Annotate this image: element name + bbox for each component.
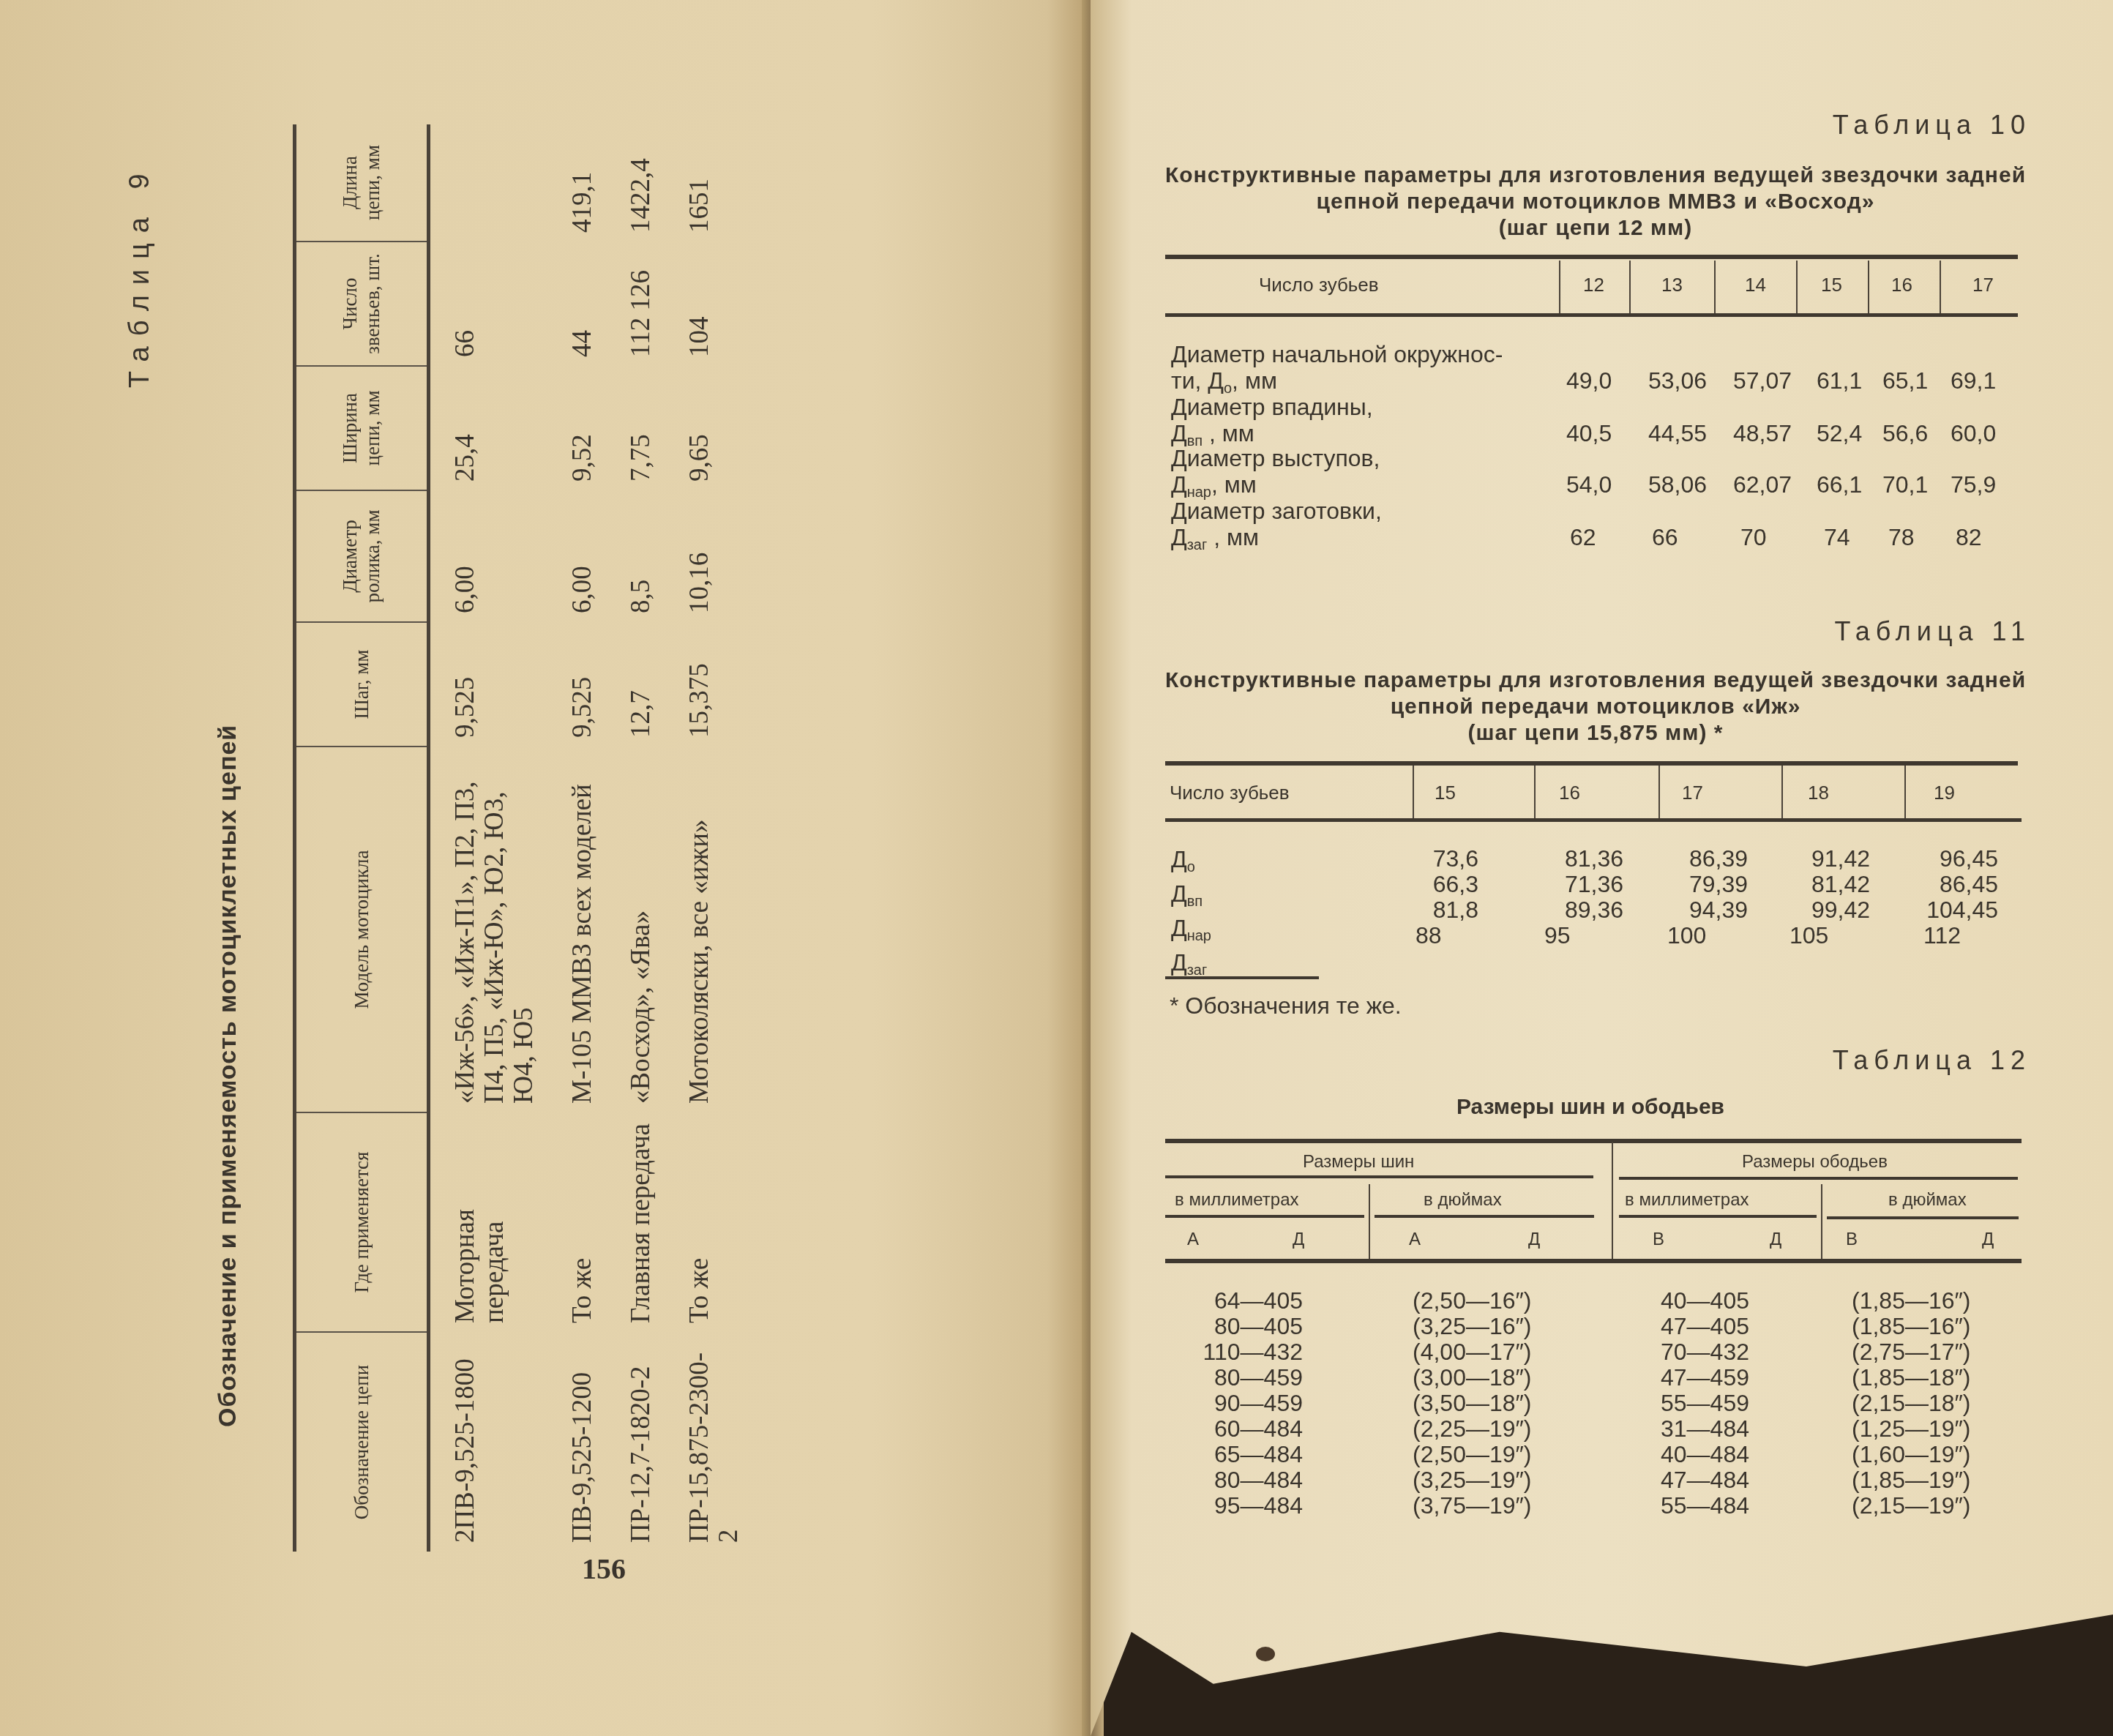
table11-subtitle: (шаг цепи 15,875 мм) * [1164,720,2027,747]
row-symbol: Двп [1171,880,1211,915]
value: 95 [1543,923,1623,949]
cell-links: 44 [547,242,606,366]
table11-col-17: 86,39 79,39 94,39 100 [1667,846,1748,949]
table11-header-rule [1165,818,2022,822]
sub-col: Д [1770,1230,1781,1250]
sym: Д [1171,915,1187,941]
rim-in-column: (1,85—16″) (1,85—16″) (2,75—17″) (1,85—1… [1852,1288,1998,1519]
table10-value: 75,9 [1951,471,1996,498]
cell-links: 112 126 [606,242,665,366]
sub-rule [1619,1177,2018,1180]
value: 95—484 [1164,1493,1303,1519]
sym: Д [1171,846,1187,872]
col-divider [1796,261,1798,313]
table10-value: 70,1 [1882,471,1928,498]
th-model: Модель мотоцикла [295,747,429,1112]
sub-rule [1165,1175,1593,1178]
table10-row-label: Диаметр выступов,Днар, мм [1171,445,1380,506]
col-divider [1781,766,1783,818]
value: 80—484 [1164,1467,1303,1493]
value: 55—459 [1618,1391,1749,1416]
value: 40—405 [1618,1288,1749,1314]
table-row: ПР-12,7-1820-2 Главная передача «Восход»… [606,124,665,1552]
table10-value: 60,0 [1951,420,1996,447]
label-line: Диаметр впадины, [1171,394,1373,420]
label-sym: Д [1171,420,1187,446]
table10-header-label: Число зубьев [1259,274,1379,296]
cell-application: Моторная передача [429,1112,548,1332]
left-page: Таблица 9 Обозначение и применяемость мо… [0,0,1091,1736]
value: 70—432 [1618,1339,1749,1365]
tooth-count: 15 [1435,782,1456,804]
value: (2,50—16″) [1413,1288,1559,1314]
col-divider [1612,1142,1613,1259]
sub-col: Д [1528,1230,1540,1250]
cell-designation: ПВ-9,525-1200 [547,1332,606,1552]
value: (4,00—17″) [1413,1339,1559,1365]
col-divider [1868,261,1869,313]
cell-width: 9,65 [665,366,752,490]
rim-mm-column: 40—405 47—405 70—432 47—459 55—459 31—48… [1618,1288,1749,1519]
table11-col-19: 96,45 86,45 104,45 112 [1910,846,1998,949]
cell-roller: 8,5 [606,490,665,622]
cell-model: «Восход», «Ява» [606,747,665,1112]
cell-application: Главная передача [606,1112,665,1332]
cell-roller: 6,00 [547,490,606,622]
table11-title: Конструктивные параметры для изготовлени… [1164,667,2027,747]
value: (2,50—19″) [1413,1442,1559,1467]
table10-value: 62 [1570,524,1596,551]
unit-in-tires: в дюймах [1424,1190,1502,1211]
label-line: Диаметр выступов, [1171,445,1380,471]
table10-label: Таблица 10 [1833,110,2031,141]
table9: Обозначение цепи Где применяется Модель … [293,124,752,1552]
table12-header-rule [1165,1259,2022,1263]
value: 47—405 [1618,1314,1749,1339]
table10-value: 66,1 [1817,471,1862,498]
sub-col: В [1653,1230,1664,1250]
table10-value: 58,06 [1648,471,1707,498]
value: 66,3 [1413,872,1478,897]
cell-designation: ПР-15,875-2300-2 [665,1332,752,1552]
table11-col-18: 91,42 81,42 99,42 105 [1789,846,1870,949]
table11-header-label: Число зубьев [1170,782,1290,804]
sub-col: Д [1293,1230,1304,1250]
table10-header-rule [1165,313,2018,317]
table10-value: 54,0 [1566,471,1612,498]
table11-col-15: 73,6 66,3 81,8 88 [1413,846,1478,949]
ink-stain [1256,1647,1275,1661]
sub-col: А [1409,1230,1421,1250]
value: 80—459 [1164,1365,1303,1391]
right-page: Таблица 10 Конструктивные параметры для … [1091,0,2113,1736]
value: 64—405 [1164,1288,1303,1314]
table11-top-rule [1165,761,2018,766]
label-unit: , мм [1211,471,1257,498]
tooth-count: 14 [1745,274,1766,296]
table9-header-row: Обозначение цепи Где применяется Модель … [295,124,429,1552]
th-length: Длина цепи, мм [295,124,429,242]
value: 104,45 [1910,897,1998,923]
sub-col: А [1187,1230,1199,1250]
sub-rule [1375,1215,1594,1218]
value: (1,85—16″) [1852,1288,1998,1314]
table10-value: 53,06 [1648,367,1707,394]
th-width: Ширина цепи, мм [295,366,429,490]
tire-mm-column: 64—405 80—405 110—432 80—459 90—459 60—4… [1164,1288,1303,1519]
table11-title-text: Конструктивные параметры для изготовлени… [1164,667,2027,720]
table10-value: 48,57 [1733,420,1792,447]
cell-roller: 10,16 [665,490,752,622]
value: 81,8 [1413,897,1478,923]
label-line: Дзаг , мм [1171,524,1382,558]
table10-value: 62,07 [1733,471,1792,498]
value: (1,25—19″) [1852,1416,1998,1442]
label-sym: ти, Д [1171,367,1224,394]
value: 71,36 [1543,872,1623,897]
th-roller: Диаметр ролика, мм [295,490,429,622]
value: (3,25—19″) [1413,1467,1559,1493]
value: 88 [1413,923,1478,949]
value: 79,39 [1667,872,1748,897]
value: 105 [1789,923,1870,949]
value: 94,39 [1667,897,1748,923]
table10-value: 66 [1652,524,1678,551]
col-divider [1904,766,1906,818]
row-symbol: Днар [1171,915,1211,949]
value: 90—459 [1164,1391,1303,1416]
col-divider [1413,766,1414,818]
label-unit: , мм [1232,367,1277,394]
value: 99,42 [1789,897,1870,923]
page-number: 156 [582,1552,626,1586]
table10-value: 52,4 [1817,420,1862,447]
table10-value: 61,1 [1817,367,1862,394]
tooth-count: 19 [1934,782,1955,804]
label-sub: заг [1187,537,1208,553]
value: (3,50—18″) [1413,1391,1559,1416]
table10-value: 69,1 [1951,367,1996,394]
th-pitch: Шаг, мм [295,622,429,747]
table-row: 2ПВ-9,525-1800 Моторная передача «Иж-56»… [429,124,548,1552]
table10-value: 78 [1888,524,1915,551]
value: (2,15—18″) [1852,1391,1998,1416]
table11-row-labels: До Двп Днар Дзаг [1171,846,1211,984]
table9-rotated-block: Таблица 9 Обозначение и применяемость мо… [95,117,827,1647]
cell-links: 104 [665,242,752,366]
cell-links: 66 [429,242,548,366]
table12-label: Таблица 12 [1833,1045,2031,1076]
value: 80—405 [1164,1314,1303,1339]
value: (3,00—18″) [1413,1365,1559,1391]
col-divider [1940,261,1941,313]
table10-subtitle: (шаг цепи 12 мм) [1164,215,2027,242]
value: 96,45 [1910,846,1998,872]
value: (3,25—16″) [1413,1314,1559,1339]
sym: Д [1171,949,1187,976]
value: 60—484 [1164,1416,1303,1442]
cell-length [429,124,548,242]
value: 86,39 [1667,846,1748,872]
cell-application: То же [547,1112,606,1332]
sym: Д [1171,880,1187,907]
value: (1,60—19″) [1852,1442,1998,1467]
col-divider [1534,766,1536,818]
cell-application: То же [665,1112,752,1332]
table10-title-text: Конструктивные параметры для изготовлени… [1164,162,2027,215]
sub-col: Д [1982,1230,1994,1250]
table10-value: 49,0 [1566,367,1612,394]
group-rims: Размеры ободьев [1742,1152,1888,1172]
table9-label: Таблица 9 [124,163,156,388]
cell-designation: 2ПВ-9,525-1800 [429,1332,548,1552]
table11-col-16: 81,36 71,36 89,36 95 [1543,846,1623,949]
value: (1,85—18″) [1852,1365,1998,1391]
th-links: Число звеньев, шт. [295,242,429,366]
sub-rule [1165,1215,1364,1218]
value: (1,85—16″) [1852,1314,1998,1339]
table10-value: 70 [1740,524,1767,551]
value: 110—432 [1164,1339,1303,1365]
table10-value: 44,55 [1648,420,1707,447]
table9-title: Обозначение и применяемость мотоциклетны… [214,725,242,1427]
table-row: ПР-15,875-2300-2 То же Мотоколяски, все … [665,124,752,1552]
value: 81,36 [1543,846,1623,872]
value: (2,75—17″) [1852,1339,1998,1365]
table10-row-label: Диаметр заготовки,Дзаг , мм [1171,498,1382,558]
value: 91,42 [1789,846,1870,872]
col-divider [1369,1184,1370,1260]
col-divider [1629,261,1631,313]
col-divider [1714,261,1716,313]
col-divider [1559,261,1560,313]
unit-in-rims: в дюймах [1888,1190,1967,1211]
cell-model: «Иж-56», «Иж-П1», П2, П3, П4, П5, «Иж-Ю»… [429,747,548,1112]
table10-value: 74 [1824,524,1850,551]
sub: о [1187,859,1195,875]
th-application: Где применяется [295,1112,429,1332]
value: 55—484 [1618,1493,1749,1519]
th-designation: Обозначение цепи [295,1332,429,1552]
table12-top-rule [1165,1139,2022,1143]
tooth-count: 17 [1972,274,1994,296]
col-divider [1658,766,1660,818]
table10-value: 56,6 [1882,420,1928,447]
cell-width: 7,75 [606,366,665,490]
cell-pitch: 12,7 [606,622,665,747]
value: 100 [1667,923,1748,949]
cell-length: 1651 [665,124,752,242]
cell-roller: 6,00 [429,490,548,622]
tooth-count: 18 [1808,782,1829,804]
tooth-count: 12 [1583,274,1604,296]
value: 40—484 [1618,1442,1749,1467]
tooth-count: 13 [1661,274,1683,296]
table11-label: Таблица 11 [1834,616,2031,647]
sub-col: В [1846,1230,1858,1250]
cell-width: 25,4 [429,366,548,490]
label-line: Диаметр начальной окружнос- [1171,341,1503,367]
table12-title: Размеры шин и ободьев [1456,1095,1724,1120]
unit-mm-rims: в миллиметрах [1625,1190,1749,1211]
sub: вп [1187,894,1203,910]
cell-pitch: 9,525 [429,622,548,747]
tooth-count: 15 [1821,274,1842,296]
table10-top-rule [1165,255,2018,259]
value: 31—484 [1618,1416,1749,1442]
table10-value: 82 [1956,524,1982,551]
value: 73,6 [1413,846,1478,872]
value: (2,15—19″) [1852,1493,1998,1519]
cell-length: 419,1 [547,124,606,242]
footnote-rule [1165,976,1319,979]
table10-value: 65,1 [1882,367,1928,394]
label-sym: Д [1171,471,1187,498]
table10-title: Конструктивные параметры для изготовлени… [1164,162,2027,242]
value: (3,75—19″) [1413,1493,1559,1519]
value: 47—484 [1618,1467,1749,1493]
tire-in-column: (2,50—16″) (3,25—16″) (4,00—17″) (3,00—1… [1413,1288,1559,1519]
value: (2,25—19″) [1413,1416,1559,1442]
value: (1,85—19″) [1852,1467,1998,1493]
sub-rule [1827,1216,2019,1219]
table10-value: 40,5 [1566,420,1612,447]
cell-width: 9,52 [547,366,606,490]
table10-value: 57,07 [1733,367,1792,394]
value: 112 [1910,923,1998,949]
table11-footnote: * Обозначения те же. [1170,992,1402,1019]
value: 89,36 [1543,897,1623,923]
cell-pitch: 15,375 [665,622,752,747]
unit-mm-tires: в миллиметрах [1175,1190,1298,1211]
value: 81,42 [1789,872,1870,897]
cell-model: Мотоколяски, все «ижи» [665,747,752,1112]
cell-designation: ПР-12,7-1820-2 [606,1332,665,1552]
sub: нар [1187,928,1211,944]
cell-pitch: 9,525 [547,622,606,747]
table-row: ПВ-9,525-1200 То же М-105 ММВЗ всех моде… [547,124,606,1552]
tooth-count: 16 [1891,274,1912,296]
table10-row-label: Диаметр начальной окружнос-ти, До, мм [1171,341,1503,402]
col-divider [1821,1184,1822,1260]
tooth-count: 17 [1682,782,1703,804]
tooth-count: 16 [1559,782,1580,804]
label-line: Диаметр заготовки, [1171,498,1382,524]
label-sym: Д [1171,524,1187,550]
value: 65—484 [1164,1442,1303,1467]
row-symbol: До [1171,846,1211,880]
value: 86,45 [1910,872,1998,897]
cell-model: М-105 ММВЗ всех моделей [547,747,606,1112]
group-tires: Размеры шин [1303,1152,1414,1172]
label-unit: , мм [1203,420,1254,446]
value: 47—459 [1618,1365,1749,1391]
label-unit: , мм [1207,524,1259,550]
sub-rule [1619,1215,1817,1218]
cell-length: 1422,4 [606,124,665,242]
